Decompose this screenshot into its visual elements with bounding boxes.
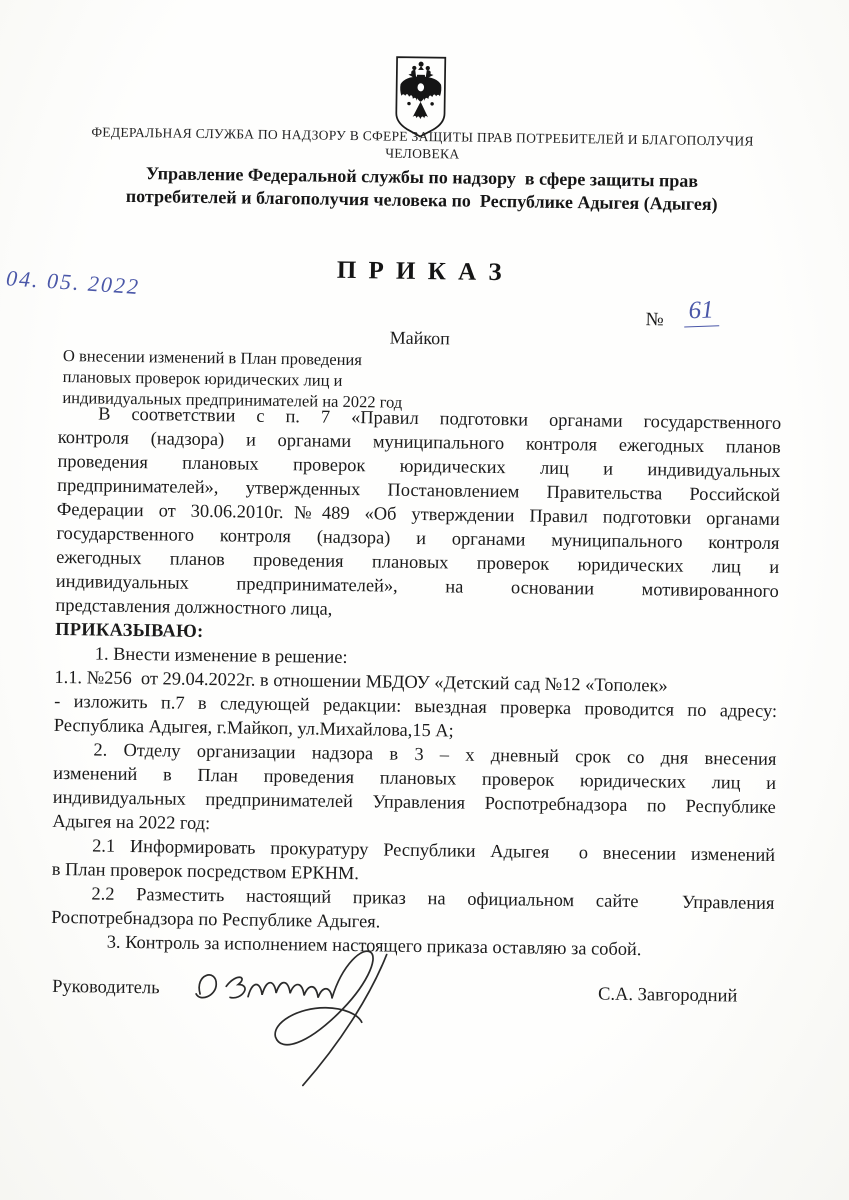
signer-position: Руководитель — [52, 977, 160, 999]
org-top-line1: ФЕДЕРАЛЬНАЯ СЛУЖБА ПО НАДЗОРУ В СФЕРЕ ЗА… — [91, 124, 754, 148]
order-body-text: В соответствии с п. 7 «Правил подготовки… — [51, 401, 782, 963]
org-top-line2: ЧЕЛОВЕКА — [385, 145, 459, 161]
signature-icon — [185, 941, 477, 1097]
scanned-document-page: ФЕДЕРАЛЬНАЯ СЛУЖБА ПО НАДЗОРУ В СФЕРЕ ЗА… — [0, 0, 849, 1200]
department-name: Управление Федеральной службы по надзору… — [0, 160, 847, 218]
handwritten-order-number: 61 — [683, 296, 719, 327]
document-content: ФЕДЕРАЛЬНАЯ СЛУЖБА ПО НАДЗОРУ В СФЕРЕ ЗА… — [0, 0, 849, 1200]
signer-name: С.А. Завгородний — [598, 985, 738, 1008]
org-name-line2: потребителей и благополучия человека по … — [126, 186, 718, 214]
number-label: № — [645, 309, 663, 331]
